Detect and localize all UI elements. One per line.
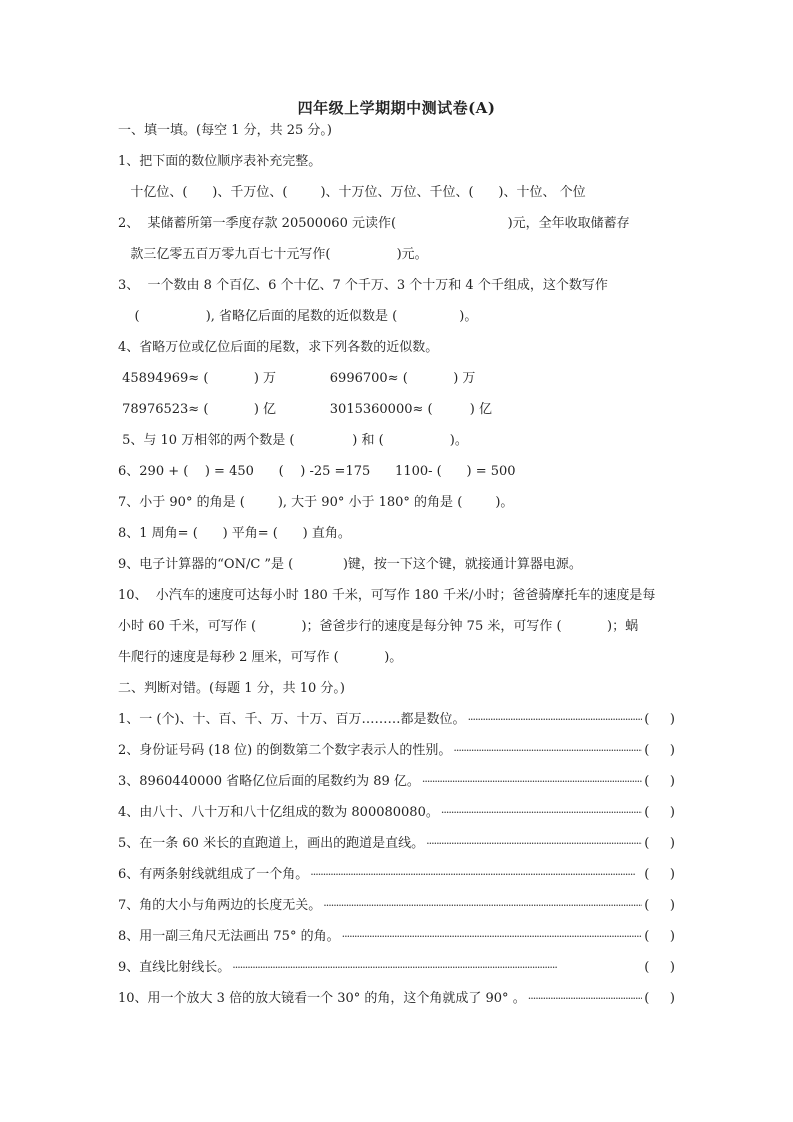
question-10-cont-2: 牛爬行的速度是每秒 2 厘米，可写作 ( )。 bbox=[118, 649, 402, 667]
answer-blank[interactable]: ( ) bbox=[644, 959, 675, 977]
judge-item-text: 6、有两条射线就组成了一个角。 bbox=[118, 866, 308, 884]
judge-item-text: 5、在一条 60 米长的直跑道上，画出的跑道是直线。 bbox=[118, 835, 424, 853]
question-4: 4、省略万位或亿位后面的尾数，求下列各数的近似数。 bbox=[118, 339, 438, 357]
judge-item: 3、8960440000 省略亿位后面的尾数约为 89 亿。 ·········… bbox=[118, 773, 675, 791]
question-2-cont: 款三亿零五百万零九百七十元写作( )元。 bbox=[118, 246, 428, 264]
answer-blank[interactable]: ( ) bbox=[644, 804, 675, 822]
question-3-cont: ( ), 省略亿后面的尾数的近似数是 ( )。 bbox=[118, 308, 477, 326]
question-4-row-1: 45894969≈ ( ) 万 6996700≈ ( ) 万 bbox=[118, 370, 475, 388]
question-8: 8、1 周角= ( ) 平角= ( ) 直角。 bbox=[118, 525, 351, 543]
leader-dots: ········································… bbox=[422, 773, 642, 791]
question-1-blanks: 十亿位、( )、千万位、( )、十万位、万位、千位、( )、十位、 个位 bbox=[118, 184, 586, 202]
leader-dots: ········································… bbox=[453, 742, 642, 760]
answer-blank[interactable]: ( ) bbox=[644, 990, 675, 1008]
leader-dots: ········································… bbox=[426, 835, 642, 853]
section1-heading: 一、填一填。(每空 1 分，共 25 分。) bbox=[118, 122, 332, 140]
judge-item: 5、在一条 60 米长的直跑道上，画出的跑道是直线。 ·············… bbox=[118, 835, 675, 853]
leader-dots: ········································… bbox=[528, 990, 642, 1008]
question-9: 9、电子计算器的“ON/C ”是 ( )键，按一下这个键，就接通计算器电源。 bbox=[118, 556, 582, 574]
judge-item: 1、一 (个)、十、百、千、万、十万、百万………都是数位。 ··········… bbox=[118, 711, 675, 729]
judge-item: 4、由八十、八十万和八十亿组成的数为 800080080。 ··········… bbox=[118, 804, 675, 822]
question-5: 5、与 10 万相邻的两个数是 ( ) 和 ( )。 bbox=[118, 432, 468, 450]
question-10-cont-1: 小时 60 千米，可写作 ( )；爸爸步行的速度是每分钟 75 米，可写作 ( … bbox=[118, 618, 638, 636]
answer-blank[interactable]: ( ) bbox=[644, 897, 675, 915]
leader-dots: ········································… bbox=[342, 928, 643, 946]
question-2: 2、 某储蓄所第一季度存款 20500060 元读作( )元，全年收取储蓄存 bbox=[118, 215, 630, 233]
judge-item-text: 9、直线比射线长。 bbox=[118, 959, 230, 977]
judge-item: 7、角的大小与角两边的长度无关。 ·······················… bbox=[118, 897, 675, 915]
leader-dots: ········································… bbox=[468, 711, 643, 729]
judge-item-text: 3、8960440000 省略亿位后面的尾数约为 89 亿。 bbox=[118, 773, 420, 791]
leader-dots: ········································… bbox=[232, 959, 642, 977]
judge-item: 8、用一副三角尺无法画出 75° 的角。 ···················… bbox=[118, 928, 675, 946]
answer-blank[interactable]: ( ) bbox=[644, 773, 675, 791]
judge-item-text: 4、由八十、八十万和八十亿组成的数为 800080080。 bbox=[118, 804, 439, 822]
judge-item: 9、直线比射线长。 ······························… bbox=[118, 959, 675, 977]
question-3: 3、 一个数由 8 个百亿、6 个十亿、7 个千万、3 个十万和 4 个千组成，… bbox=[118, 277, 608, 295]
leader-dots: ········································… bbox=[441, 804, 642, 822]
judge-item: 2、身份证号码 (18 位) 的倒数第二个数字表示人的性别。 ·········… bbox=[118, 742, 675, 760]
judge-item-text: 1、一 (个)、十、百、千、万、十万、百万………都是数位。 bbox=[118, 711, 466, 729]
judge-item-text: 2、身份证号码 (18 位) 的倒数第二个数字表示人的性别。 bbox=[118, 742, 451, 760]
answer-blank[interactable]: ( ) bbox=[644, 742, 675, 760]
leader-dots: ········································… bbox=[323, 897, 642, 915]
answer-blank[interactable]: ( ) bbox=[644, 928, 675, 946]
judge-item: 10、用一个放大 3 倍的放大镜看一个 30° 的角，这个角就成了 90° 。 … bbox=[118, 990, 675, 1008]
question-6: 6、290 + ( ) = 450 ( ) -25 =175 1100- ( )… bbox=[118, 463, 516, 481]
section2-heading: 二、判断对错。(每题 1 分，共 10 分。) bbox=[118, 680, 345, 698]
exam-page: 四年级上学期期中测试卷(A) 一、填一填。(每空 1 分，共 25 分。) 1、… bbox=[0, 0, 793, 1122]
question-7: 7、小于 90° 的角是 ( ), 大于 90° 小于 180° 的角是 ( )… bbox=[118, 494, 513, 512]
judge-item: 6、有两条射线就组成了一个角。 ························… bbox=[118, 866, 675, 884]
exam-title: 四年级上学期期中测试卷(A) bbox=[0, 97, 793, 118]
question-4-row-2: 78976523≈ ( ) 亿 3015360000≈ ( ) 亿 bbox=[118, 401, 492, 419]
answer-blank[interactable]: ( ) bbox=[644, 866, 675, 884]
question-10: 10、 小汽车的速度可达每小时 180 千米，可写作 180 千米/小时；爸爸骑… bbox=[118, 587, 655, 605]
judge-item-text: 8、用一副三角尺无法画出 75° 的角。 bbox=[118, 928, 340, 946]
answer-blank[interactable]: ( ) bbox=[644, 835, 675, 853]
judge-item-text: 10、用一个放大 3 倍的放大镜看一个 30° 的角，这个角就成了 90° 。 bbox=[118, 990, 526, 1008]
leader-dots: ········································… bbox=[310, 866, 642, 884]
answer-blank[interactable]: ( ) bbox=[644, 711, 675, 729]
judge-item-text: 7、角的大小与角两边的长度无关。 bbox=[118, 897, 321, 915]
question-1: 1、把下面的数位顺序表补充完整。 bbox=[118, 153, 321, 171]
